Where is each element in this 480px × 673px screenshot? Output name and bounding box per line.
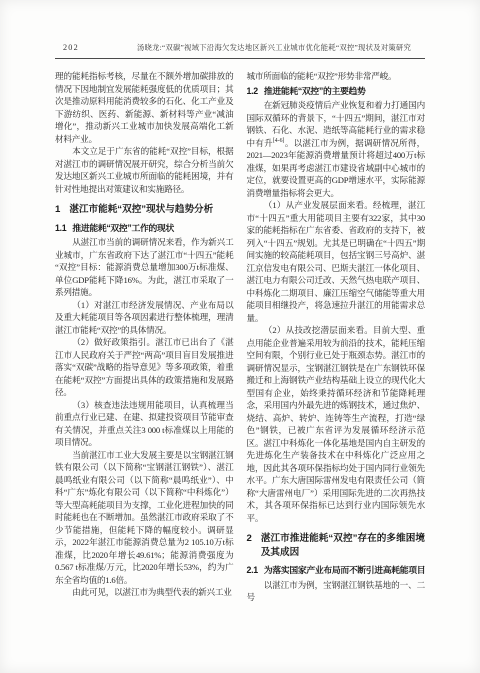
paragraph: 从湛江市当前的调研情况来看，作为新兴工业城市，广东省政府下达了湛江市“十四五”能…	[55, 236, 234, 299]
section-1-1-number: 1.1	[55, 222, 66, 235]
running-header: 202 汤晓龙:“双碳”视域下沿海欠发达地区新兴工业城市优化能耗“双控”现状及对…	[55, 42, 425, 53]
section-1-title: 湛江市能耗“双控”现状与趋势分析	[69, 203, 233, 217]
section-1-1-title: 推进能耗“双控”工作的现状	[72, 222, 174, 235]
section-1-2-number: 1.2	[247, 85, 258, 98]
paragraph-with-citation: 在新冠肺炎疫情后产业恢复和着力打通国内国际双循环的背景下，“十四五”期间，湛江市…	[247, 99, 426, 199]
section-1-2-title: 推进能耗“双控”的主要趋势	[264, 85, 366, 98]
paragraph: 当前湛江市工业大发展主要是以宝钢湛江钢铁有限公司（以下简称“宝钢湛江钢铁”）、湛…	[55, 449, 234, 587]
running-title: 汤晓龙:“双碳”视域下沿海欠发达地区新兴工业城市优化能耗“双控”现状及对策研究	[123, 42, 425, 53]
section-2-1-number: 2.1	[247, 564, 258, 577]
paper-page: 202 汤晓龙:“双碳”视域下沿海欠发达地区新兴工业城市优化能耗“双控”现状及对…	[0, 0, 480, 673]
paragraph-text: 。以湛江市为例，据调研情况所得，2021—2023年能源消费增量预计将超过400…	[247, 138, 426, 198]
section-1-2-heading: 1.2 推进能耗“双控”的主要趋势	[247, 85, 426, 98]
section-2-1-heading: 2.1 为落实国家产业布局而不断引进高耗能项目	[247, 564, 426, 577]
intro-paragraph: 本文立足于广东省的能耗“双控”目标，根据对湛江市的调研情况展开研究，综合分析当前…	[55, 145, 234, 195]
paragraph-continuation: 理的能耗指标考核，尽量在不额外增加碳排放的情况下因地制宜发展能耗强度低的优质项目…	[55, 70, 234, 145]
section-1-1-heading: 1.1 推进能耗“双控”工作的现状	[55, 222, 234, 235]
header-rule	[55, 58, 425, 59]
section-2-number: 2	[247, 532, 252, 559]
list-item-paragraph: （2）从技改挖潜层面来看。目前大型、重点用能企业普遍采用较为前沿的技术，能耗压缩…	[247, 324, 426, 524]
list-item-paragraph: （3）核查违法违规用能项目，认真梳理当前重点行业已建、在建、拟建投资项目节能审查…	[55, 399, 234, 449]
section-2-heading: 2 湛江市推进能耗“双控”存在的多维困境及其成因	[247, 532, 426, 559]
section-2-1-title: 为落实国家产业布局而不断引进高耗能项目	[264, 564, 425, 577]
left-column: 理的能耗指标考核，尽量在不额外增加碳排放的情况下因地制宜发展能耗强度低的优质项目…	[55, 70, 234, 604]
body-columns: 理的能耗指标考核，尽量在不额外增加碳排放的情况下因地制宜发展能耗强度低的优质项目…	[55, 70, 425, 604]
right-column: 城市所面临的能耗“双控”形势非常严峻。 1.2 推进能耗“双控”的主要趋势 在新…	[247, 70, 426, 604]
section-1-number: 1	[55, 203, 60, 217]
list-item-paragraph: （2）做好政策指引。湛江市已出台了《湛江市人民政府关于严控“两高”项目盲目发展推…	[55, 336, 234, 399]
paragraph: 由此可见，以湛江市为典型代表的新兴工业	[55, 586, 234, 599]
paragraph: 以湛江市为例，宝钢湛江钢铁基地的一、二号	[247, 579, 426, 604]
section-2-title: 湛江市推进能耗“双控”存在的多维困境及其成因	[261, 532, 425, 559]
page-number: 202	[63, 43, 123, 52]
list-item-paragraph: （1）从产业发展层面来看。经梳理，湛江市“十四五”重大用能项目主要有322家，其…	[247, 199, 426, 324]
paragraph-continuation: 城市所面临的能耗“双控”形势非常严峻。	[247, 70, 426, 83]
section-1-heading: 1 湛江市能耗“双控”现状与趋势分析	[55, 203, 234, 217]
list-item-paragraph: （1）对湛江市经济发展情况、产业布局以及重大耗能项目等各项因素进行整体梳理，理清…	[55, 299, 234, 337]
citation-marker: [4-6]	[273, 138, 285, 144]
